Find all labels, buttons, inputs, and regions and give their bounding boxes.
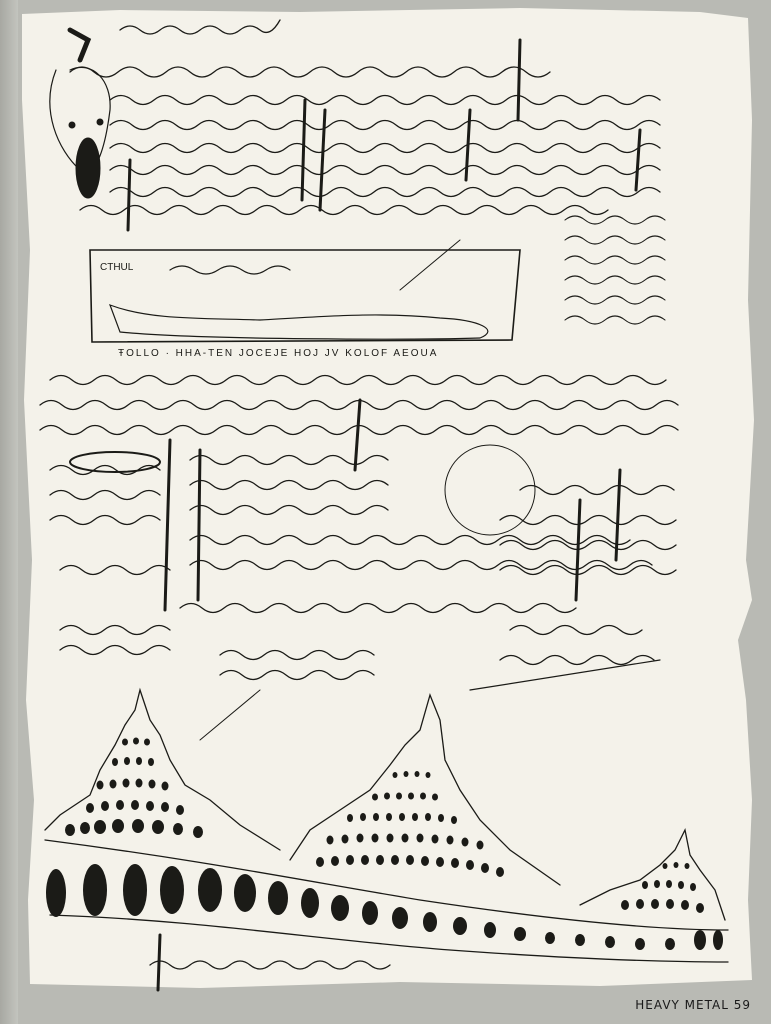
- towers-drawing: [45, 690, 728, 962]
- asemic-manuscript: [0, 0, 771, 1024]
- tower-arches: [46, 738, 723, 951]
- caption-line: ŦOLLO · HHA-TEN JOCEJE HOJ JV KOLOF AEOU…: [118, 348, 438, 359]
- screaming-face-icon: [50, 30, 110, 198]
- page-folio: HEAVY METAL 59: [635, 998, 751, 1012]
- coffin-box-drawing: [90, 240, 520, 342]
- coffin-label: CTHUL: [100, 262, 133, 273]
